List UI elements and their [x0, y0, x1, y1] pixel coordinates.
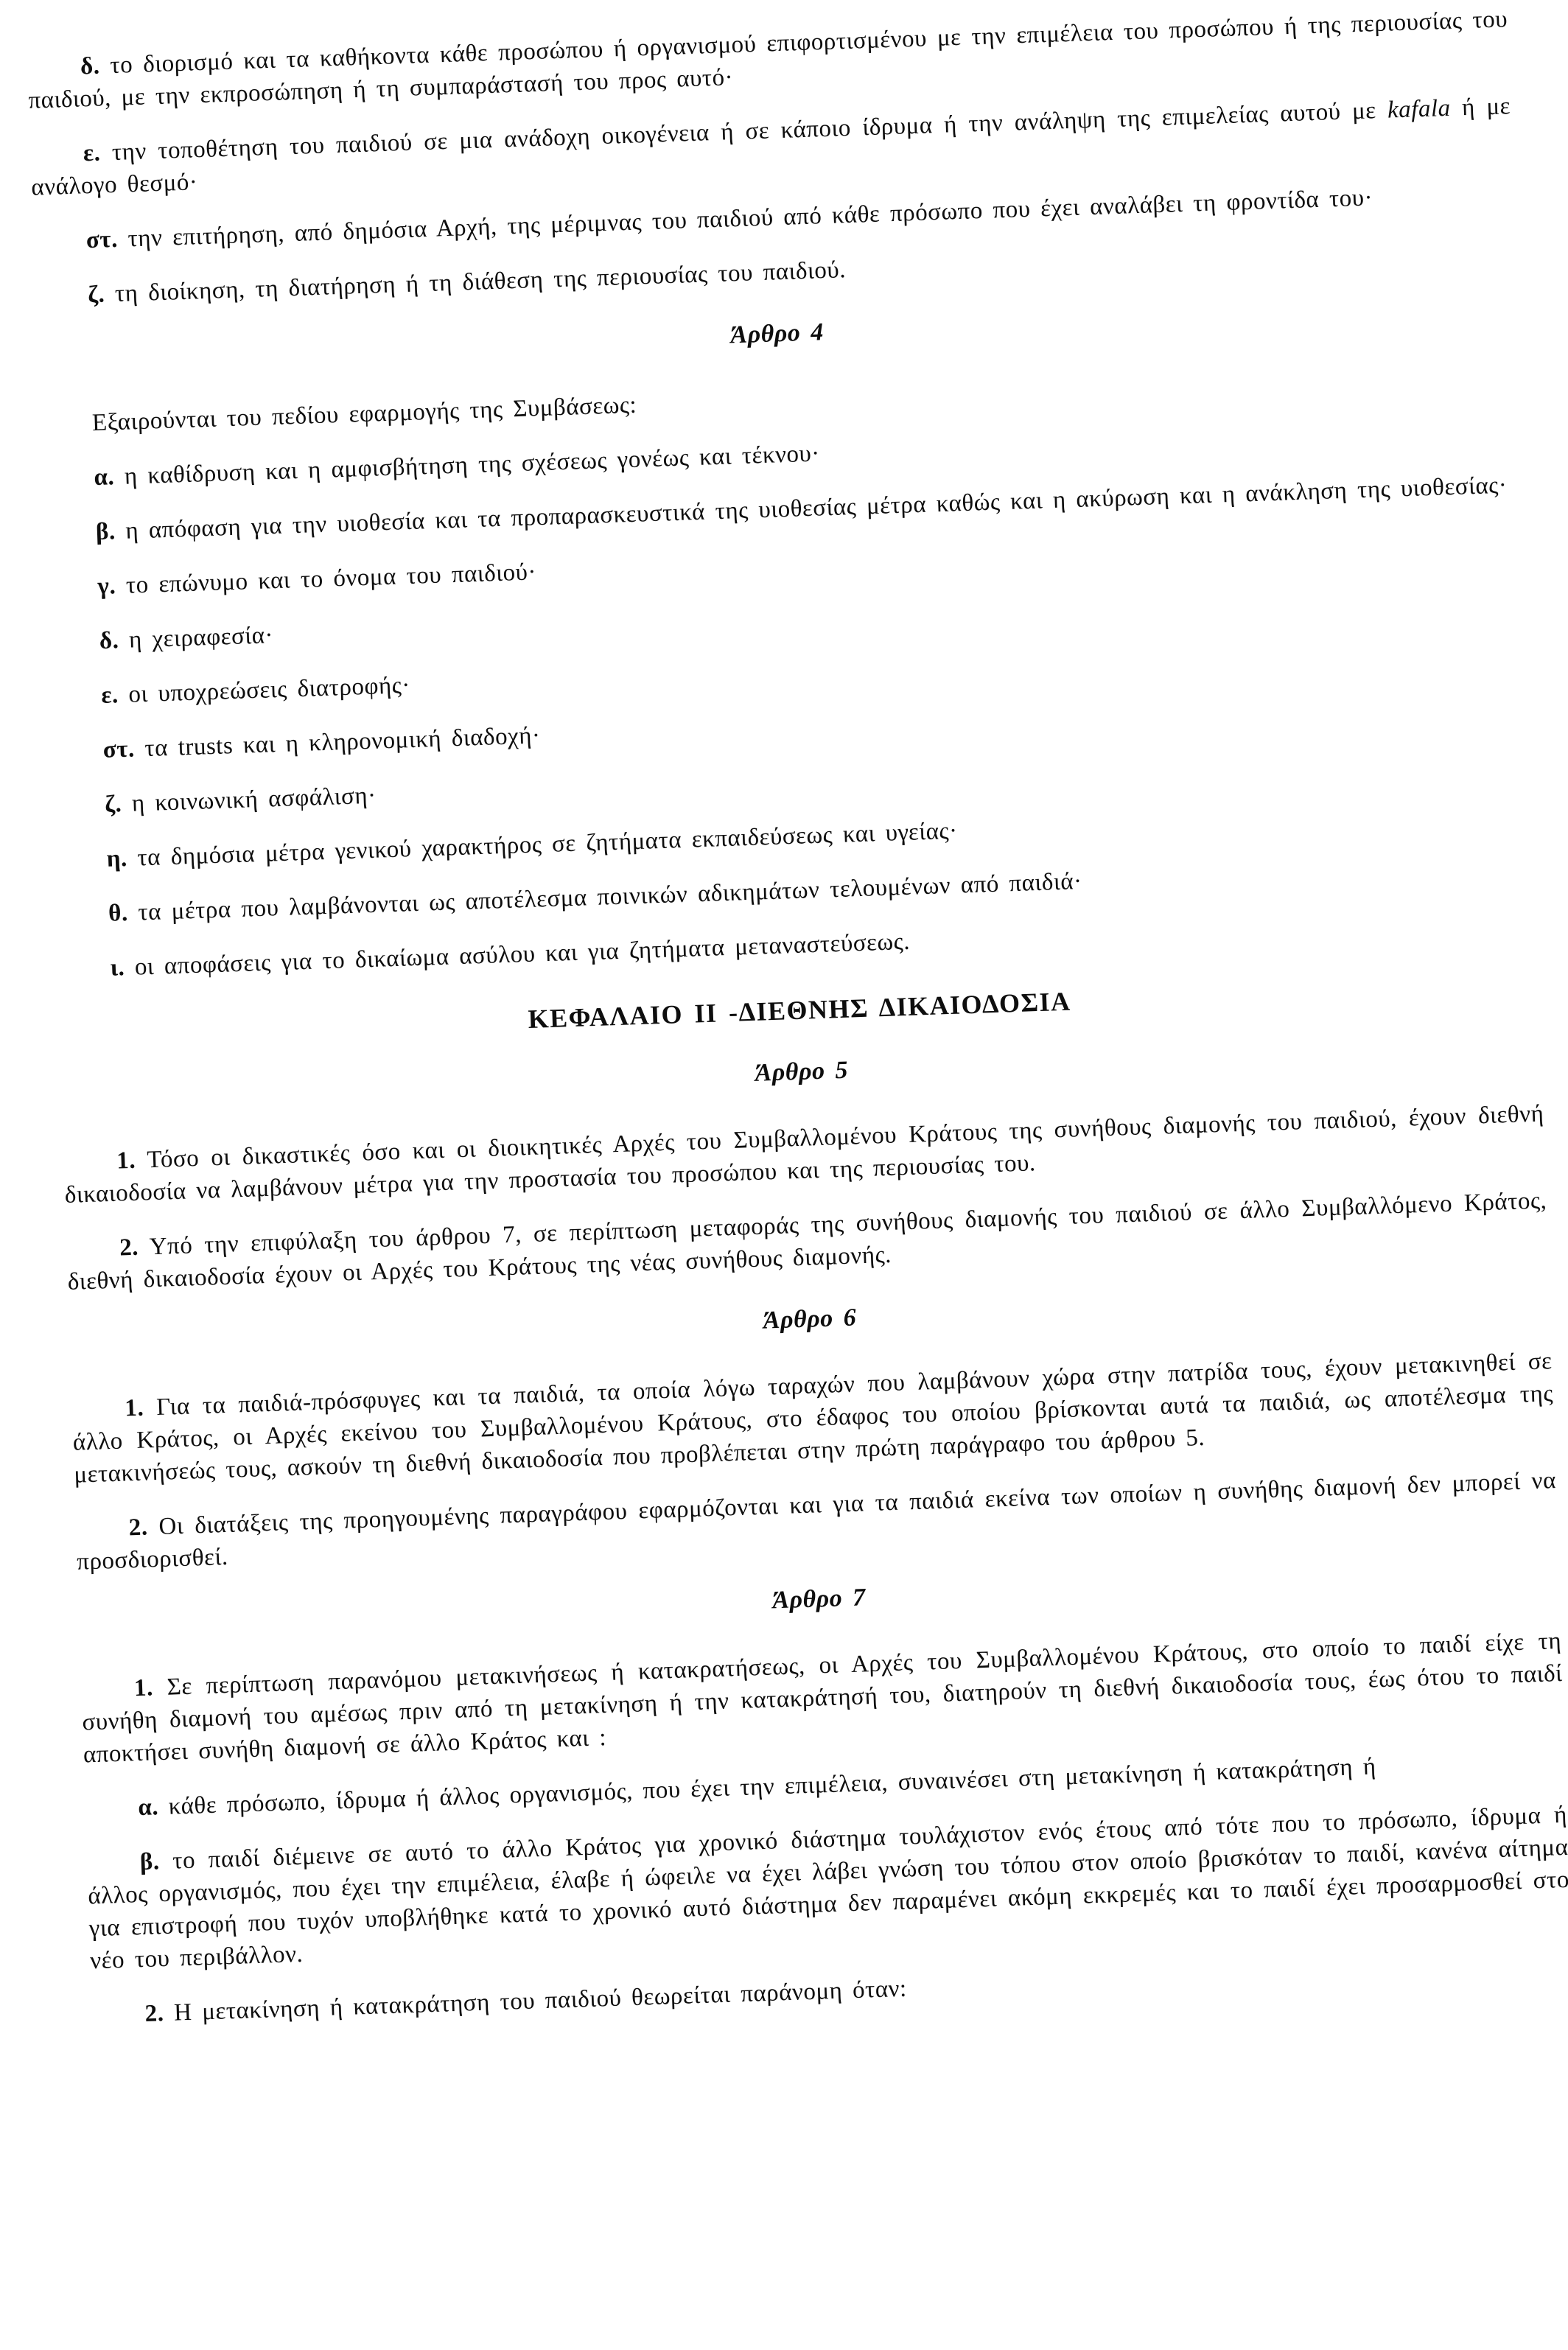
item-text: Για τα παιδιά-πρόσφυγες και τα παιδιά, τ… — [72, 1348, 1553, 1489]
item-text: η καθίδρυση και η αμφισβήτηση της σχέσεω… — [114, 440, 821, 490]
item-text: κάθε πρόσωπο, ίδρυμα ή άλλος οργανισμός,… — [158, 1753, 1376, 1820]
item-marker: θ. — [108, 900, 129, 927]
kafala-term: kafala — [1387, 95, 1451, 124]
item-marker: ε. — [101, 682, 119, 709]
item-text: οι αποφάσεις για το δικαίωμα ασύλου και … — [125, 929, 911, 981]
item-marker: στ. — [85, 226, 118, 253]
item-text: τα μέτρα που λαμβάνονται ως αποτέλεσμα π… — [127, 868, 1082, 926]
item-marker: 1. — [133, 1674, 153, 1702]
item-marker: δ. — [80, 53, 100, 80]
item-marker: α. — [94, 464, 115, 491]
item-text: τα δημόσια μέτρα γενικού χαρακτήρος σε ζ… — [127, 818, 958, 872]
item-text: οι υποχρεώσεις διατροφής· — [118, 672, 410, 708]
item-marker: α. — [138, 1794, 159, 1821]
article-7-paragraph-1: 1. Σε περίπτωση παρανόμου μετακινήσεως ή… — [80, 1625, 1564, 1772]
item-marker: ε. — [83, 140, 101, 167]
item-marker: β. — [139, 1848, 160, 1875]
scanned-document-page: δ. το διορισμό και τα καθήκοντα κάθε προ… — [0, 0, 1568, 2350]
item-marker: ζ. — [88, 281, 105, 309]
item-text: τη διοίκηση, τη διατήρηση ή τη διάθεση τ… — [105, 256, 847, 307]
item-text: το παιδί διέμεινε σε αυτό το άλλο Κράτος… — [88, 1802, 1568, 1975]
item-marker: β. — [95, 518, 116, 545]
item-text: το επώνυμο και το όνομα του παιδιού· — [116, 559, 537, 599]
item-marker: η. — [106, 845, 127, 872]
item-text: τα trusts και η κληρονομική διαδοχή· — [134, 722, 541, 762]
article-6-paragraph-1: 1. Για τα παιδιά-πρόσφυγες και τα παιδιά… — [71, 1345, 1555, 1492]
article-7-item-beta: β. το παιδί διέμεινε σε αυτό το άλλο Κρά… — [86, 1799, 1568, 1978]
item-marker: 1. — [125, 1395, 144, 1422]
item-marker: γ. — [97, 573, 116, 600]
item-marker: 2. — [119, 1234, 139, 1262]
item-text: Η μετακίνηση ή κατακράτηση του παιδιού θ… — [164, 1976, 907, 2026]
item-text: η χειραφεσία· — [119, 622, 274, 654]
item-marker: 2. — [128, 1514, 148, 1541]
item-marker: δ. — [99, 627, 119, 654]
item-marker: ι. — [110, 954, 125, 982]
item-marker: 1. — [116, 1147, 136, 1175]
item-marker: στ. — [102, 736, 135, 763]
item-text: Σε περίπτωση παρανόμου μετακινήσεως ή κα… — [82, 1628, 1563, 1769]
item-text: η κοινωνική ασφάλιση· — [122, 783, 377, 817]
document-text-block: δ. το διορισμό και τα καθήκοντα κάθε προ… — [0, 0, 1568, 2054]
item-marker: ζ. — [105, 791, 122, 818]
item-marker: 2. — [144, 2000, 164, 2027]
